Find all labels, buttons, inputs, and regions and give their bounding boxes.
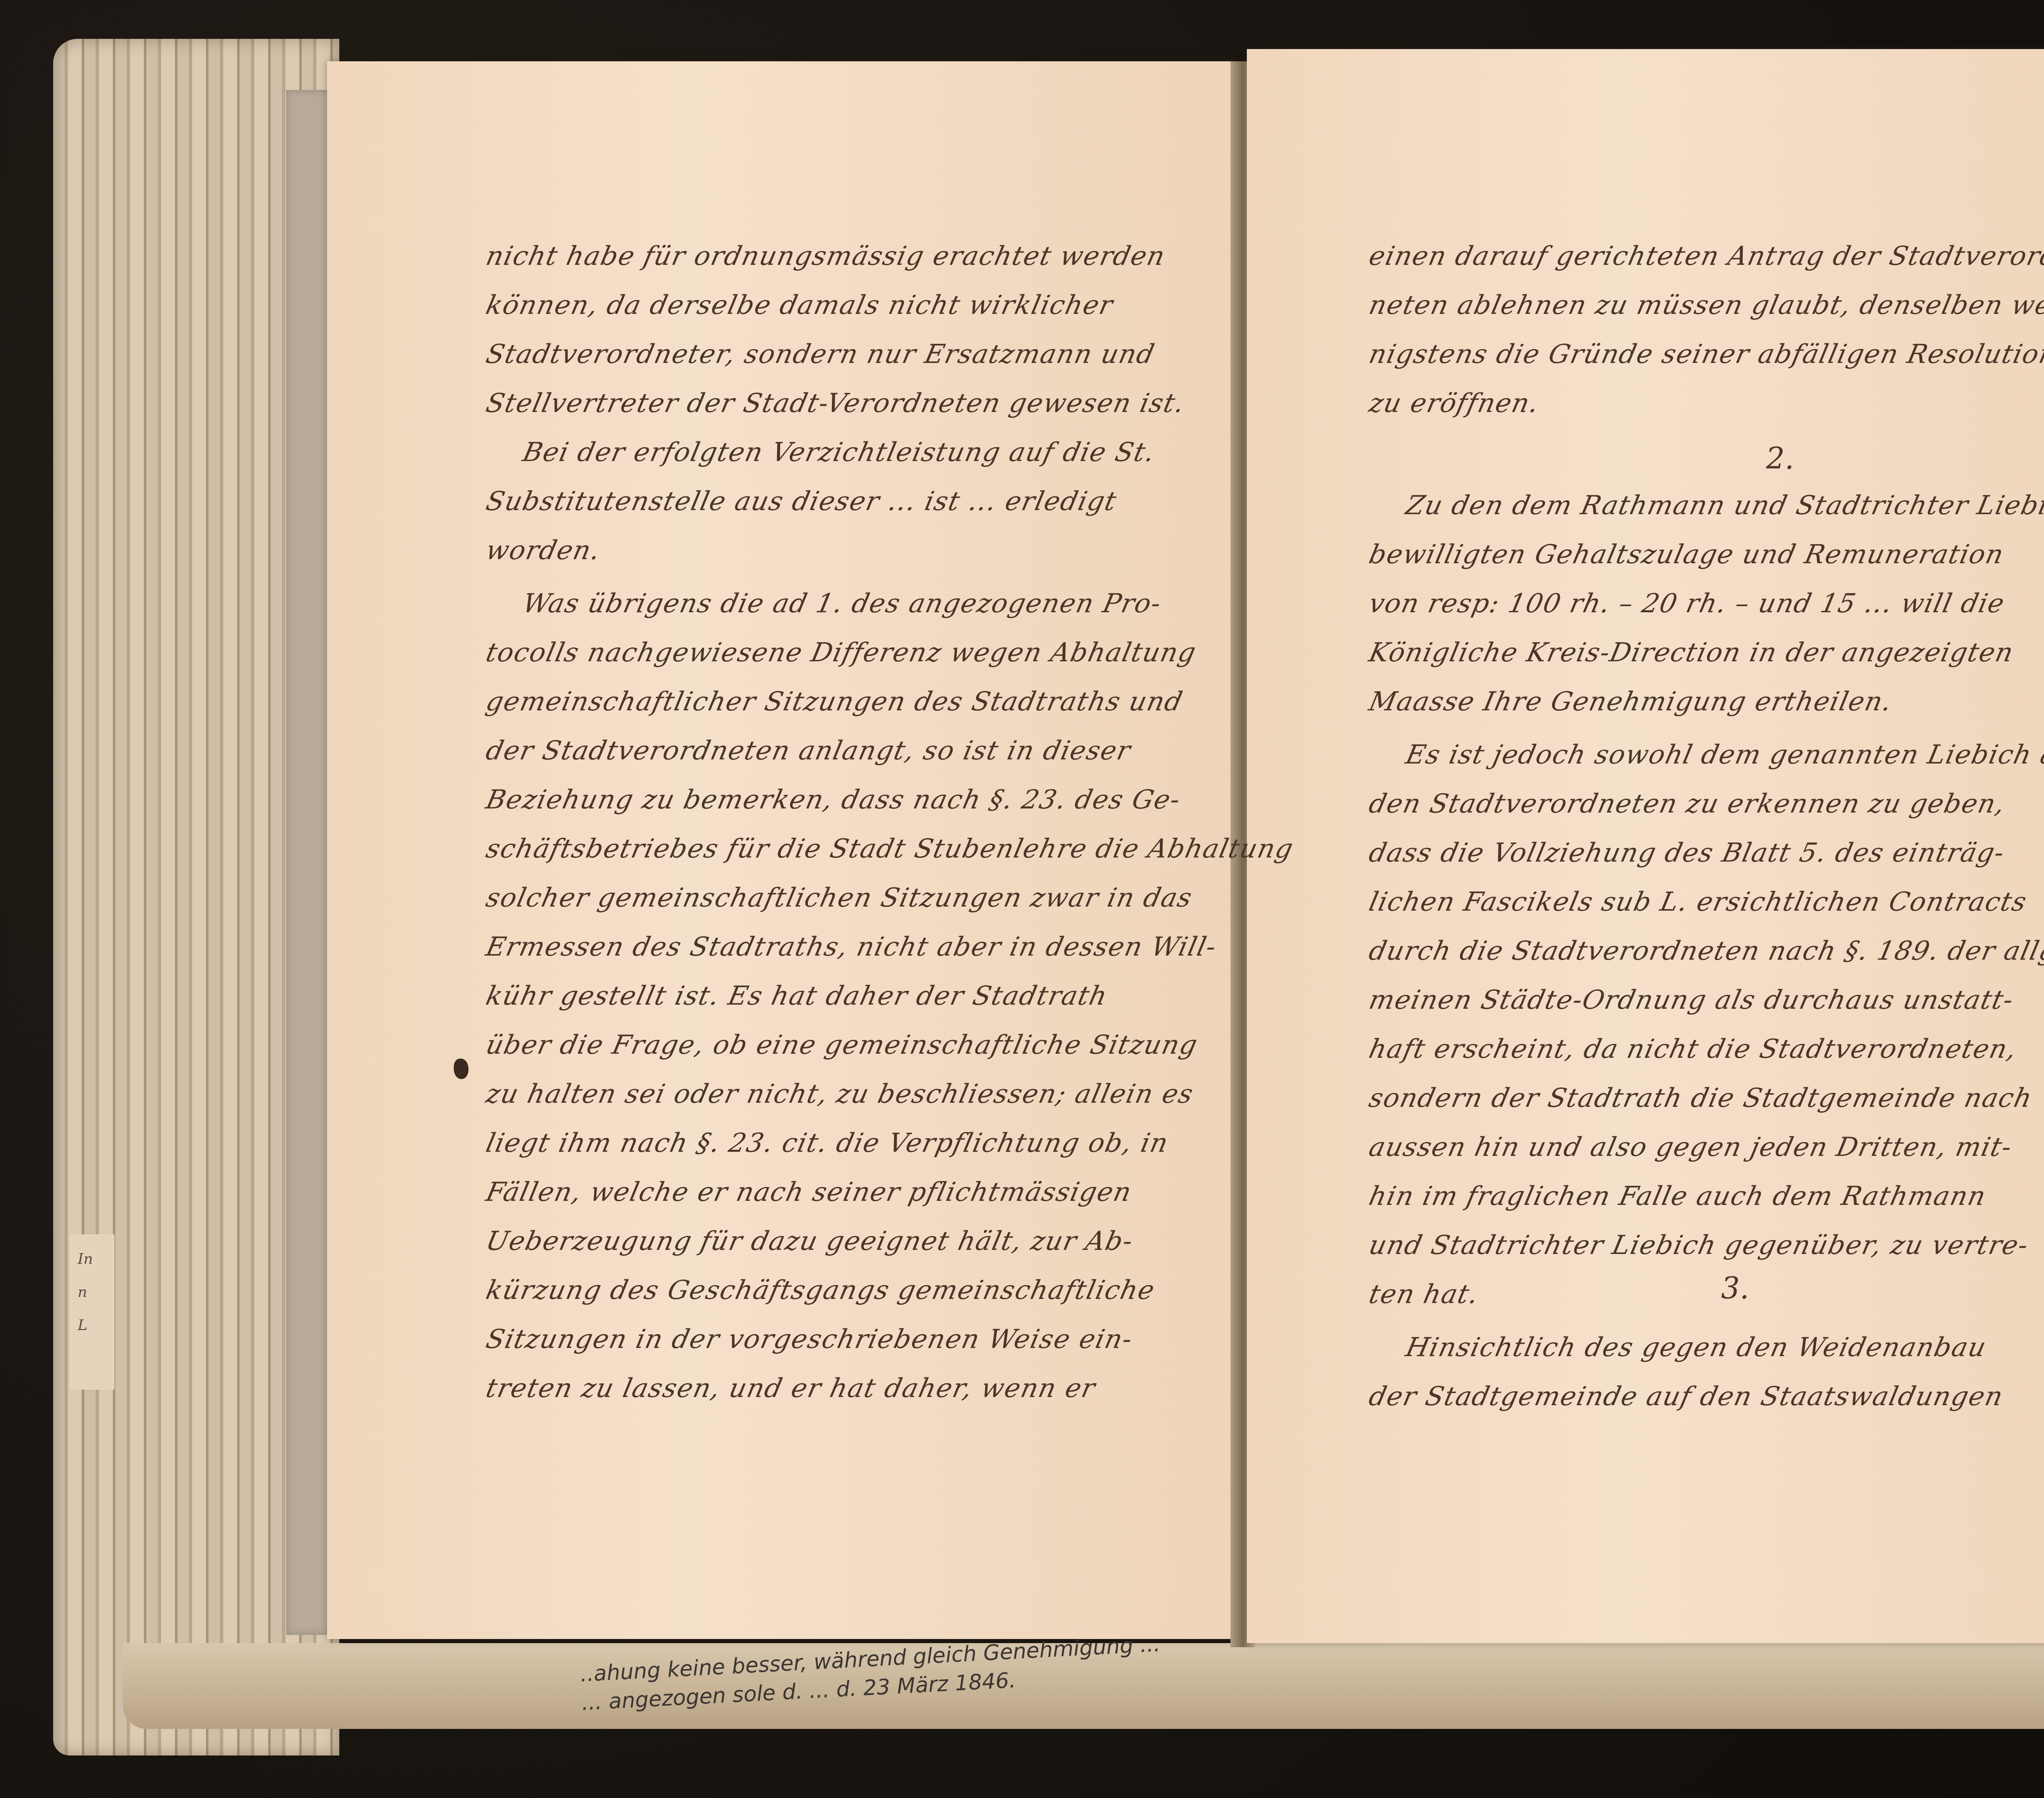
manuscript-line: zu eröffnen. (1366, 388, 1542, 419)
manuscript-line: Es ist jedoch sowohl dem genannten Liebi… (1403, 740, 2044, 770)
manuscript-line: einen darauf gerichteten Antrag der Stad… (1366, 241, 2044, 271)
manuscript-line: Stadtverordneter, sondern nur Ersatzmann… (483, 339, 1158, 369)
manuscript-line: bewilligten Gehaltszulage und Remunerati… (1366, 540, 2007, 570)
manuscript-line: Sitzungen in der vorgeschriebenen Weise … (483, 1324, 1136, 1355)
manuscript-line: liegt ihm nach §. 23. cit. die Verpflich… (483, 1128, 1171, 1158)
manuscript-line: Ermessen des Stadtraths, nicht aber in d… (483, 932, 1219, 962)
manuscript-line: kühr gestellt ist. Es hat daher der Stad… (483, 981, 1110, 1011)
section-number: 3. (1721, 1271, 1749, 1305)
manuscript-line: meinen Städte-Ordnung als durchaus unsta… (1366, 985, 2017, 1015)
manuscript-line: Stellvertreter der Stadt-Verordneten gew… (483, 388, 1188, 419)
manuscript-line: solcher gemeinschaftlichen Sitzungen zwa… (483, 883, 1195, 913)
manuscript-line: ten hat. (1366, 1279, 1481, 1310)
manuscript-line: Maasse Ihre Genehmigung ertheilen. (1366, 687, 1895, 717)
manuscript-line: Fällen, welche er nach seiner pflichtmäs… (483, 1177, 1134, 1207)
ink-blot (454, 1059, 468, 1079)
manuscript-line: zu halten sei oder nicht, zu beschliesse… (483, 1079, 1196, 1109)
manuscript-line: können, da derselbe damals nicht wirklic… (483, 290, 1116, 320)
manuscript-line: Bei der erfolgten Verzichtleistung auf d… (520, 437, 1158, 468)
manuscript-line: schäftsbetriebes für die Stadt Stubenleh… (483, 834, 1296, 864)
manuscript-line: Hinsichtlich des gegen den Weidenanbau (1403, 1332, 1989, 1363)
manuscript-line: Was übrigens die ad 1. des angezogenen P… (520, 589, 1164, 619)
manuscript-line: dass die Vollziehung des Blatt 5. des ei… (1366, 838, 2008, 868)
manuscript-line: der Stadtverordneten anlangt, so ist in … (483, 736, 1134, 766)
manuscript-line: aussen hin und also gegen jeden Dritten,… (1366, 1132, 2015, 1162)
manuscript-line: Zu den dem Rathmann und Stadtrichter Lie… (1403, 490, 2044, 521)
manuscript-line: gemeinschaftlicher Sitzungen des Stadtra… (483, 687, 1186, 717)
manuscript-line: Beziehung zu bemerken, dass nach §. 23. … (483, 785, 1183, 815)
manuscript-line: Königliche Kreis-Direction in der angeze… (1366, 638, 2017, 668)
manuscript-line: lichen Fascikels sub L. ersichtlichen Co… (1366, 887, 2030, 917)
manuscript-line: treten zu lassen, und er hat daher, wenn… (483, 1373, 1098, 1404)
manuscript-line: kürzung des Geschäftsgangs gemeinschaftl… (483, 1275, 1158, 1305)
section-number: 2. (1766, 441, 1794, 476)
protruding-paper-scrap: In n L (69, 1234, 114, 1390)
manuscript-line: nigstens die Gründe seiner abfälligen Re… (1366, 339, 2044, 369)
manuscript-line: sondern der Stadtrath die Stadtgemeinde … (1366, 1083, 2035, 1113)
manuscript-line: nicht habe für ordnungsmässig erachtet w… (483, 241, 1168, 271)
scrap-text: L (78, 1317, 114, 1334)
manuscript-line: den Stadtverordneten zu erkennen zu gebe… (1366, 789, 2008, 819)
manuscript-line: von resp: 100 rh. – 20 rh. – und 15 ... … (1366, 589, 2008, 619)
manuscript-line: hin im fraglichen Falle auch dem Rathman… (1366, 1181, 1989, 1211)
manuscript-line: und Stadtrichter Liebich gegenüber, zu v… (1366, 1230, 2031, 1261)
manuscript-line: haft erscheint, da nicht die Stadtverord… (1366, 1034, 2020, 1064)
manuscript-line: durch die Stadtverordneten nach §. 189. … (1366, 936, 2044, 966)
scrap-text: n (78, 1284, 114, 1301)
scrap-text: In (78, 1251, 114, 1267)
manuscript-line: neten ablehnen zu müssen glaubt, denselb… (1366, 290, 2044, 320)
manuscript-line: tocolls nachgewiesene Differenz wegen Ab… (483, 638, 1199, 668)
manuscript-line: über die Frage, ob eine gemeinschaftlich… (483, 1030, 1201, 1060)
manuscript-line: Substitutenstelle aus dieser ... ist ...… (483, 486, 1120, 517)
manuscript-line: der Stadtgemeinde auf den Staatswaldunge… (1366, 1382, 2006, 1412)
manuscript-line: worden. (483, 535, 603, 566)
manuscript-line: Ueberzeugung für dazu geeignet hält, zur… (483, 1226, 1136, 1256)
